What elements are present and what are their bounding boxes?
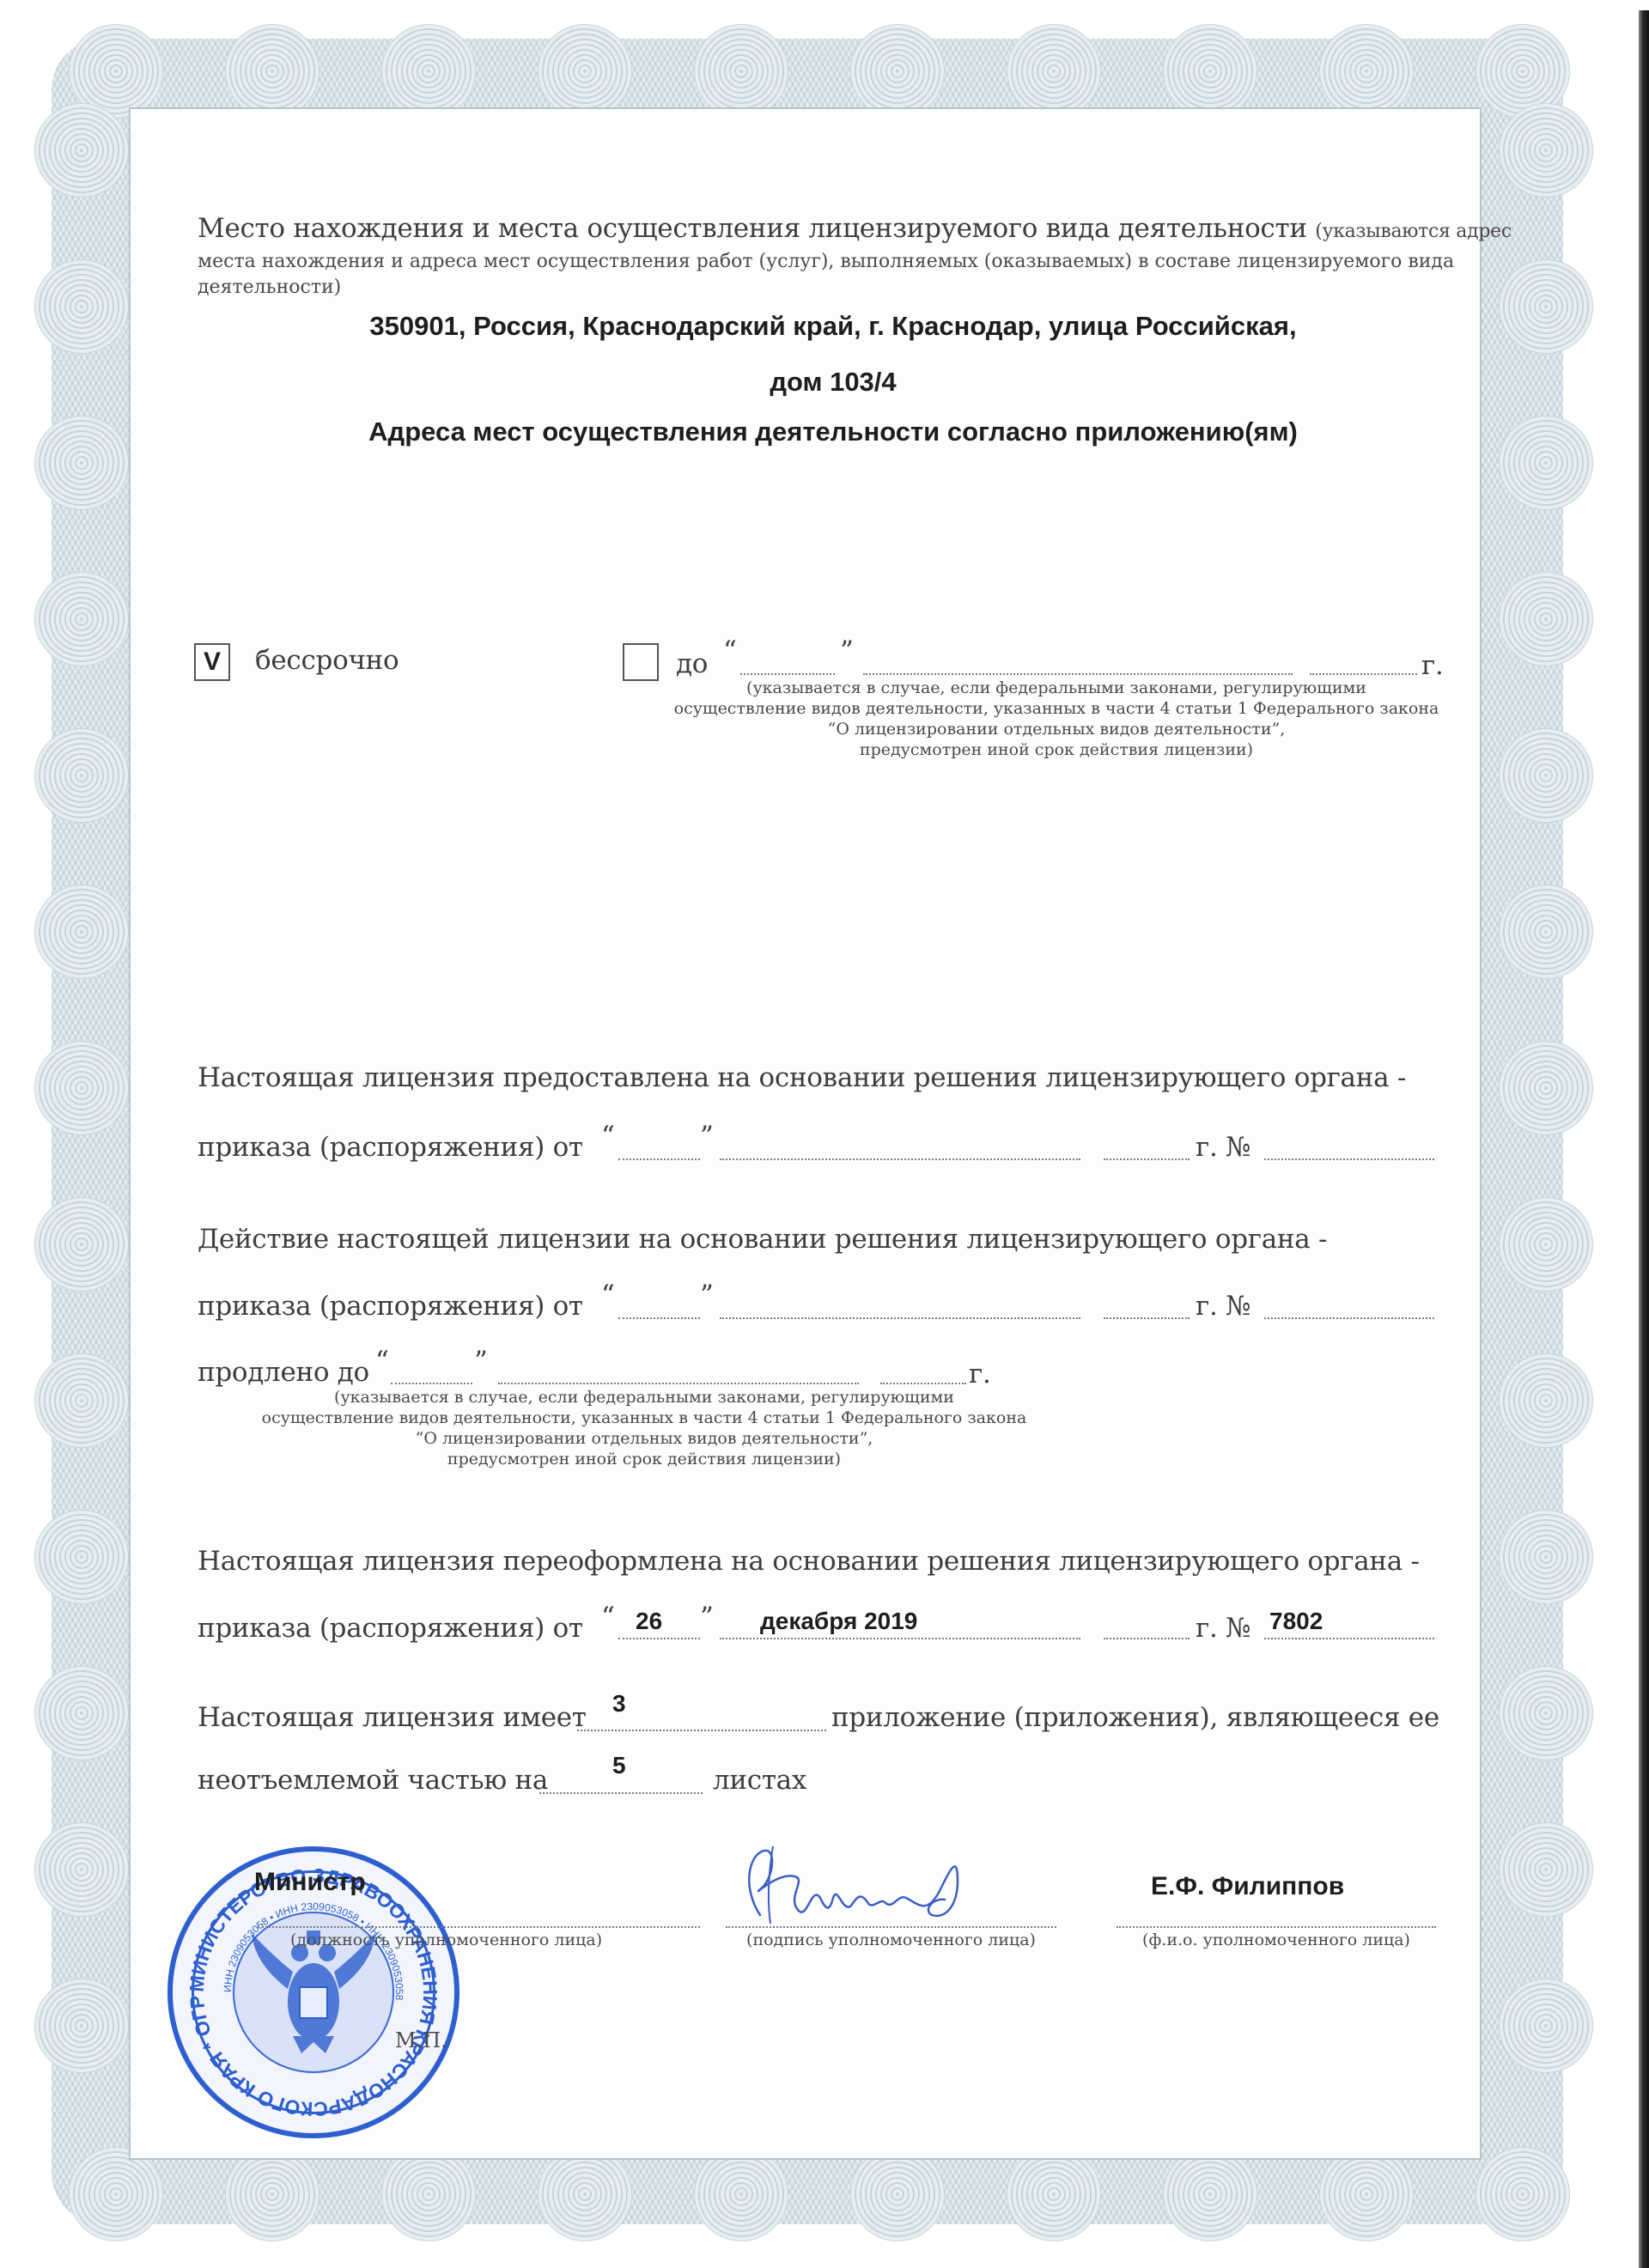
location-note-line-2: места нахождения и адреса мест осуществл… (198, 251, 1454, 272)
border-scallop (1499, 572, 1593, 666)
extended-number-field[interactable] (1264, 1317, 1434, 1319)
granted-text: Настоящая лицензия предоставлена на осно… (198, 1062, 1406, 1093)
location-note-line-3: деятельности) (198, 277, 341, 298)
border-scallop (1499, 885, 1593, 979)
border-scallop (34, 1510, 129, 1604)
until-year-suffix: г. (1421, 650, 1444, 681)
reissued-text: Настоящая лицензия переоформлена на осно… (198, 1546, 1420, 1577)
reissued-day-value: 26 (636, 1608, 662, 1635)
border-scallop (1007, 2147, 1101, 2241)
border-scallop (34, 1197, 129, 1292)
granted-day-field[interactable] (618, 1158, 700, 1160)
open-quote: “ (601, 1602, 615, 1633)
border-scallop (1319, 24, 1414, 119)
close-quote: ” (840, 635, 854, 666)
address-line-2: дом 103/4 (172, 367, 1494, 398)
reissued-order-prefix: приказа (распоряжения) от (198, 1613, 583, 1644)
position-field[interactable] (258, 1926, 700, 1928)
border-scallop (34, 1822, 129, 1917)
reissued-month-field[interactable] (720, 1638, 1080, 1639)
border-scallop (34, 1041, 129, 1135)
border-scallop (1499, 1041, 1593, 1135)
scan-edge (1639, 10, 1649, 2268)
extended-note-1: (указывается в случае, если федеральными… (215, 1388, 1074, 1407)
reissued-number-field[interactable] (1264, 1638, 1434, 1639)
border-scallop (1499, 1666, 1593, 1760)
close-quote: ” (474, 1346, 488, 1377)
border-scallop (381, 24, 476, 119)
handwritten-signature (726, 1838, 1052, 1941)
extended-until-year-field[interactable] (880, 1383, 966, 1384)
close-quote: ” (700, 1602, 714, 1633)
border-scallop (1499, 259, 1593, 354)
term-note-2: осуществление видов деятельности, указан… (670, 699, 1443, 718)
border-scallop (1499, 1510, 1593, 1604)
border-scallop (34, 728, 129, 823)
border-scallop (1499, 728, 1593, 823)
term-note-4: предусмотрен иной срок действия лицензии… (670, 740, 1443, 759)
sheets-field[interactable] (539, 1792, 703, 1794)
extended-month-field[interactable] (720, 1317, 1080, 1319)
granted-month-field[interactable] (720, 1158, 1080, 1160)
granted-number-field[interactable] (1264, 1158, 1434, 1160)
term-note-1: (указывается в случае, если федеральными… (670, 678, 1443, 697)
border-scallop (694, 24, 788, 119)
appendices-text-after: приложение (приложения), являющееся ее (831, 1702, 1439, 1733)
position-caption: (должность уполномоченного лица) (290, 1931, 602, 1949)
border-scallop (225, 2147, 319, 2241)
open-quote: “ (375, 1346, 389, 1377)
granted-number-label: г. № (1196, 1132, 1250, 1163)
border-scallop (538, 24, 632, 119)
border-scallop (1163, 24, 1257, 119)
location-heading-text: Место нахождения и места осуществления л… (198, 213, 1307, 244)
term-note-3: “О лицензировании отдельных видов деятел… (670, 720, 1443, 739)
unlimited-checkbox[interactable]: V (194, 643, 230, 681)
border-scallop (850, 24, 945, 119)
until-month-field[interactable] (863, 673, 1293, 675)
extended-day-field[interactable] (618, 1317, 700, 1319)
border-scallop (34, 572, 129, 666)
extended-note-4: предусмотрен иной срок действия лицензии… (215, 1450, 1074, 1468)
name-caption: (ф.и.о. уполномоченного лица) (1117, 1931, 1436, 1949)
close-quote: ” (700, 1280, 714, 1310)
border-scallop (34, 1353, 129, 1448)
until-prefix: до (676, 648, 708, 679)
border-scallop (1476, 2147, 1570, 2241)
border-scallop (34, 1666, 129, 1760)
appendices-text-before: Настоящая лицензия имеет (198, 1702, 587, 1733)
position-value: Министр (254, 1868, 366, 1897)
border-scallop (1163, 2147, 1257, 2241)
signature-field[interactable] (726, 1926, 1056, 1928)
extended-note-2: осуществление видов деятельности, указан… (215, 1408, 1074, 1427)
location-heading-note: (указываются адрес (1315, 221, 1512, 242)
appendices-count: 3 (612, 1690, 626, 1718)
reissued-number-value: 7802 (1269, 1608, 1323, 1635)
border-scallop (1499, 416, 1593, 510)
open-quote: “ (601, 1280, 615, 1310)
unlimited-label: бессрочно (255, 645, 399, 676)
reissued-number-label: г. № (1196, 1613, 1250, 1644)
extended-until-day-field[interactable] (391, 1383, 472, 1384)
border-scallop (1499, 1979, 1593, 2073)
border-scallop (1499, 103, 1593, 198)
name-value: Е.Ф. Филиппов (1151, 1872, 1344, 1901)
close-quote: ” (700, 1121, 714, 1152)
sheets-count: 5 (612, 1752, 626, 1779)
until-checkbox[interactable] (623, 643, 659, 681)
border-scallop (34, 885, 129, 979)
border-scallop (1499, 1197, 1593, 1292)
until-year-field[interactable] (1310, 673, 1417, 675)
sheets-prefix: неотъемлемой частью на (198, 1765, 548, 1796)
sheets-suffix: листах (713, 1765, 806, 1796)
granted-year-field[interactable] (1104, 1158, 1190, 1160)
border-scallop (69, 2147, 163, 2241)
border-scallop (225, 24, 319, 119)
extended-year-field[interactable] (1104, 1317, 1190, 1319)
border-scallop (1007, 24, 1101, 119)
border-scallop (381, 2147, 476, 2241)
open-quote: “ (723, 635, 737, 666)
border-scallop (1319, 2147, 1414, 2241)
border-scallop (1499, 1822, 1593, 1917)
open-quote: “ (601, 1121, 615, 1152)
granted-order-prefix: приказа (распоряжения) от (198, 1132, 583, 1163)
signature-caption: (подпись уполномоченного лица) (726, 1931, 1056, 1949)
border-scallop (1499, 1353, 1593, 1448)
border-scallop (538, 2147, 632, 2241)
activity-addresses: Адреса мест осуществления деятельности с… (172, 417, 1494, 447)
appendices-count-field[interactable] (577, 1730, 826, 1731)
border-scallop (850, 2147, 945, 2241)
extended-until-suffix: г. (969, 1359, 991, 1389)
seal-place-mark: М.П. (395, 2028, 447, 2052)
reissued-year-field[interactable] (1104, 1638, 1190, 1639)
border-scallop (694, 2147, 788, 2241)
border-scallop (34, 103, 129, 198)
location-heading: Место нахождения и места осуществления л… (198, 213, 1512, 244)
reissued-month-value: декабря 2019 (760, 1608, 917, 1635)
extended-until-prefix: продлено до (198, 1357, 369, 1388)
address-line-1: 350901, Россия, Краснодарский край, г. К… (172, 311, 1494, 342)
extended-until-month-field[interactable] (498, 1383, 859, 1384)
until-day-field[interactable] (740, 673, 835, 675)
border-scallop (34, 416, 129, 510)
extended-note-3: “О лицензировании отдельных видов деятел… (215, 1429, 1074, 1448)
border-scallop (34, 1979, 129, 2073)
extended-order-prefix: приказа (распоряжения) от (198, 1291, 583, 1322)
extended-number-label: г. № (1196, 1291, 1250, 1322)
reissued-day-field[interactable] (618, 1638, 700, 1639)
border-scallop (34, 259, 129, 354)
extended-text: Действие настоящей лицензии на основании… (198, 1224, 1327, 1255)
name-field[interactable] (1117, 1926, 1436, 1928)
